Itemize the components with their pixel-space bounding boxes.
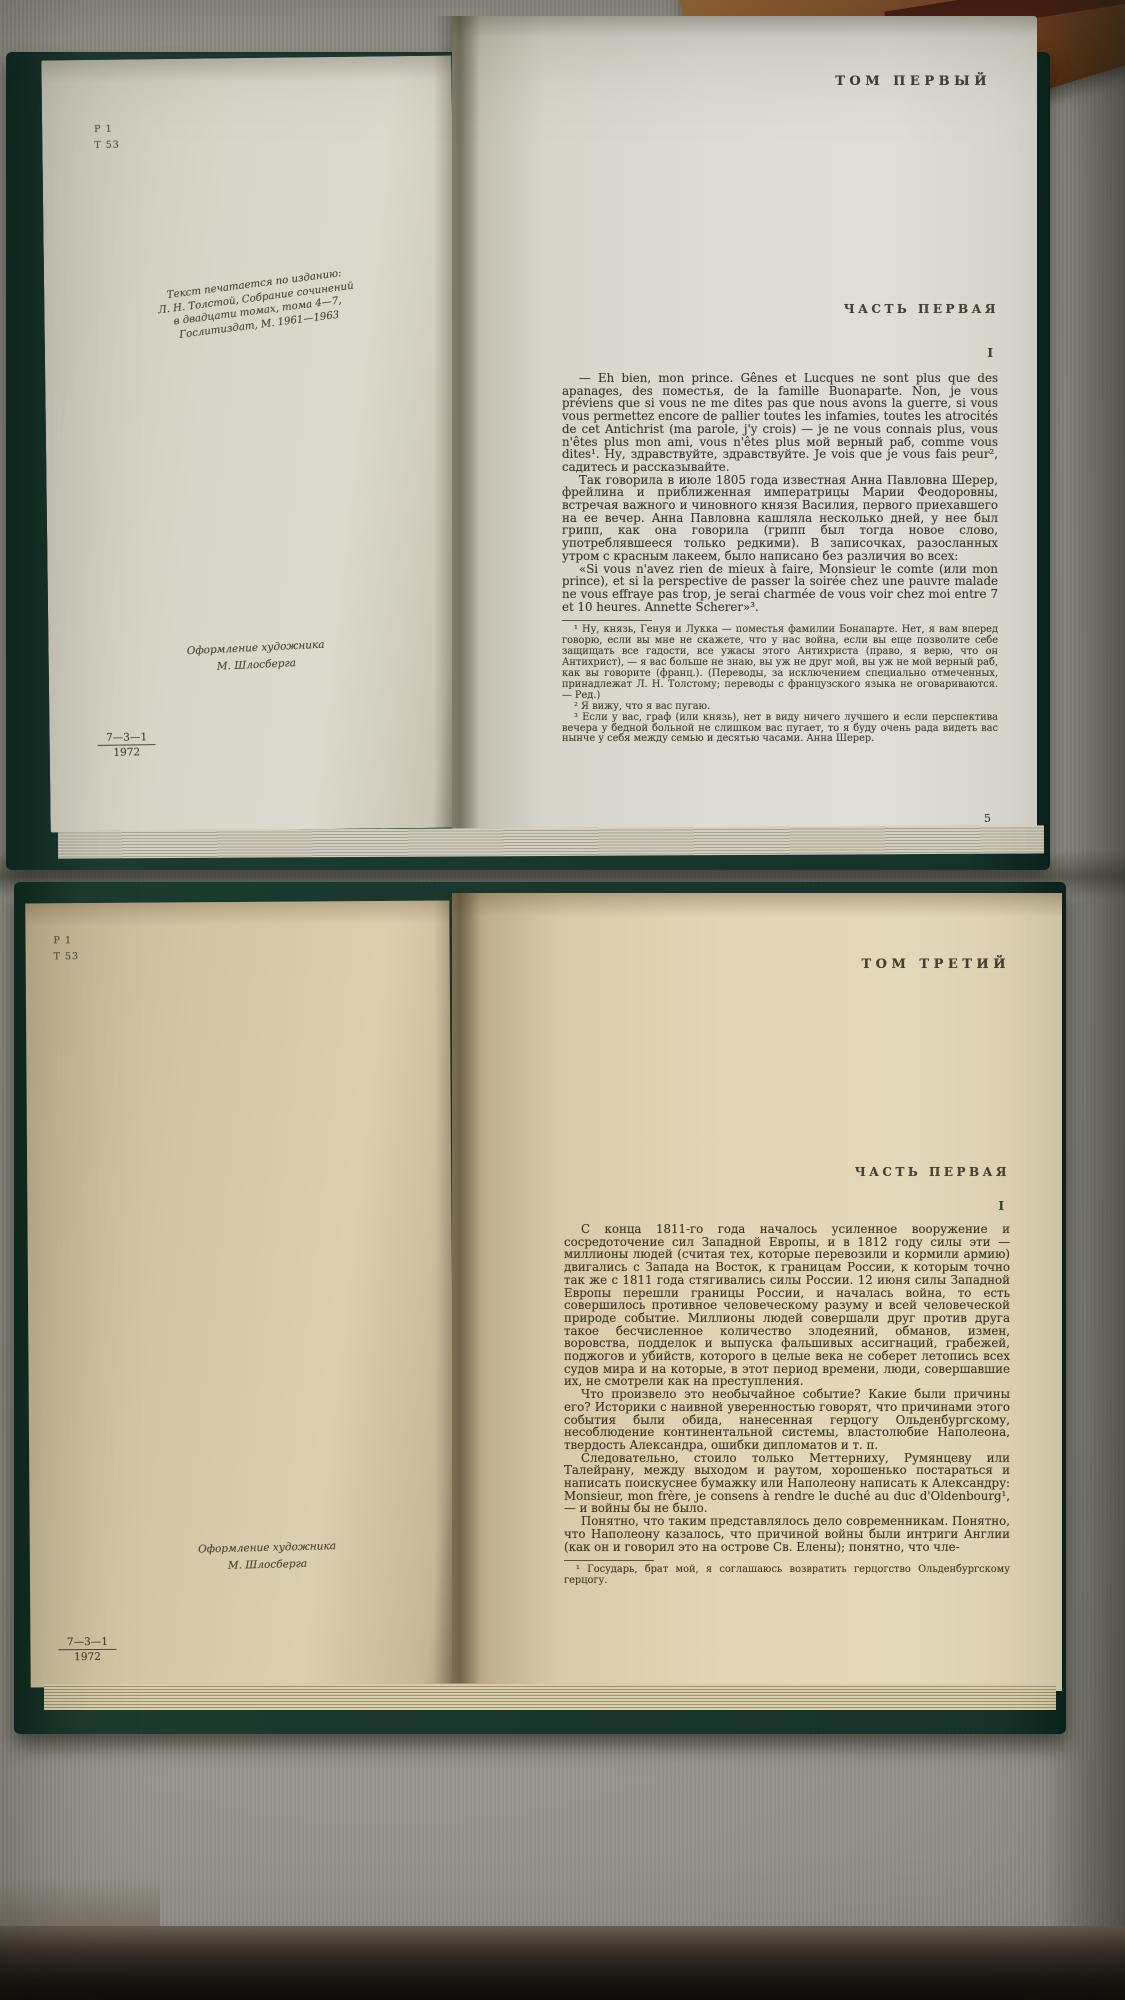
book1-left-page: Р 1 Т 53 Текст печатается по изданию: Л.… [41,56,460,833]
footnote-divider [562,620,652,621]
library-stamp: Р 1 Т 53 [53,933,79,965]
stamp-line: Р 1 [94,122,120,138]
table-front-edge [0,1926,1125,2000]
book1-gutter-shadow [434,16,480,830]
footnote: ¹ Государь, брат мой, я соглашаюсь возвр… [564,1565,1010,1587]
footnote: ² Я вижу, что я вас пугаю. [562,702,998,713]
stamp-line: Т 53 [54,949,80,965]
body-paragraph: Что произвело это необычайное событие? К… [564,1388,1010,1452]
edition-note: Текст печатается по изданию: Л. Н. Толст… [97,258,416,351]
library-stamp: Р 1 Т 53 [94,122,120,154]
footnote: ¹ Ну, князь, Генуя и Лукка — поместья фа… [562,625,998,701]
book1-page-stack-edge [58,825,1044,858]
print-code-fraction: 7—3—1 1972 [58,1636,116,1663]
print-code: 7—3—1 [98,731,156,746]
book1-right-page: ТОМ ПЕРВЫЙ ЧАСТЬ ПЕРВАЯ I — Eh bien, mon… [452,16,1037,838]
book2-gutter-shadow [434,893,480,1683]
page-number: 5 [984,812,991,825]
body-text-column: — Eh bien, mon prince. Gênes et Lucques … [562,372,998,745]
body-paragraph: С конца 1811-го года началось усиленное … [564,1223,1010,1388]
body-paragraph: Понятно, что таким представлялось дело с… [564,1515,1010,1553]
body-text-column: С конца 1811-го года началось усиленное … [564,1223,1010,1587]
print-year: 1972 [58,1650,116,1663]
part-title: ЧАСТЬ ПЕРВАЯ [844,302,999,316]
body-paragraph: «Si vous n'avez rien de mieux à faire, M… [562,563,998,614]
designer-note: Оформление художника М. Шлосберга [134,1537,400,1577]
body-paragraph: — Eh bien, mon prince. Gênes et Lucques … [562,372,998,474]
print-code: 7—3—1 [58,1636,116,1650]
part-title: ЧАСТЬ ПЕРВАЯ [855,1165,1010,1179]
book2-page-stack-edge [44,1684,1056,1710]
book2-right-page: ТОМ ТРЕТИЙ ЧАСТЬ ПЕРВАЯ I С конца 1811-г… [452,893,1062,1691]
stamp-line: Р 1 [53,933,79,949]
volume-title: ТОМ ПЕРВЫЙ [835,74,991,89]
stamp-line: Т 53 [94,138,120,154]
body-paragraph: Так говорила в июле 1805 года известная … [562,474,998,563]
print-code-fraction: 7—3—1 1972 [98,731,156,759]
designer-note: Оформление художника М. Шлосберга [123,634,389,680]
volume-title: ТОМ ТРЕТИЙ [861,957,1010,972]
body-paragraph: Следовательно, стоило только Меттерниху,… [564,1452,1010,1516]
photo-of-books: Р 1 Т 53 Текст печатается по изданию: Л.… [0,0,1125,2000]
footnote-divider [564,1560,654,1561]
footnote: ³ Если у вас, граф (или князь), нет в ви… [562,713,998,746]
chapter-numeral: I [987,346,993,360]
chapter-numeral: I [998,1199,1004,1213]
print-year: 1972 [98,745,156,759]
book2-left-page: Р 1 Т 53 Оформление художника М. Шлосбер… [25,901,454,1688]
